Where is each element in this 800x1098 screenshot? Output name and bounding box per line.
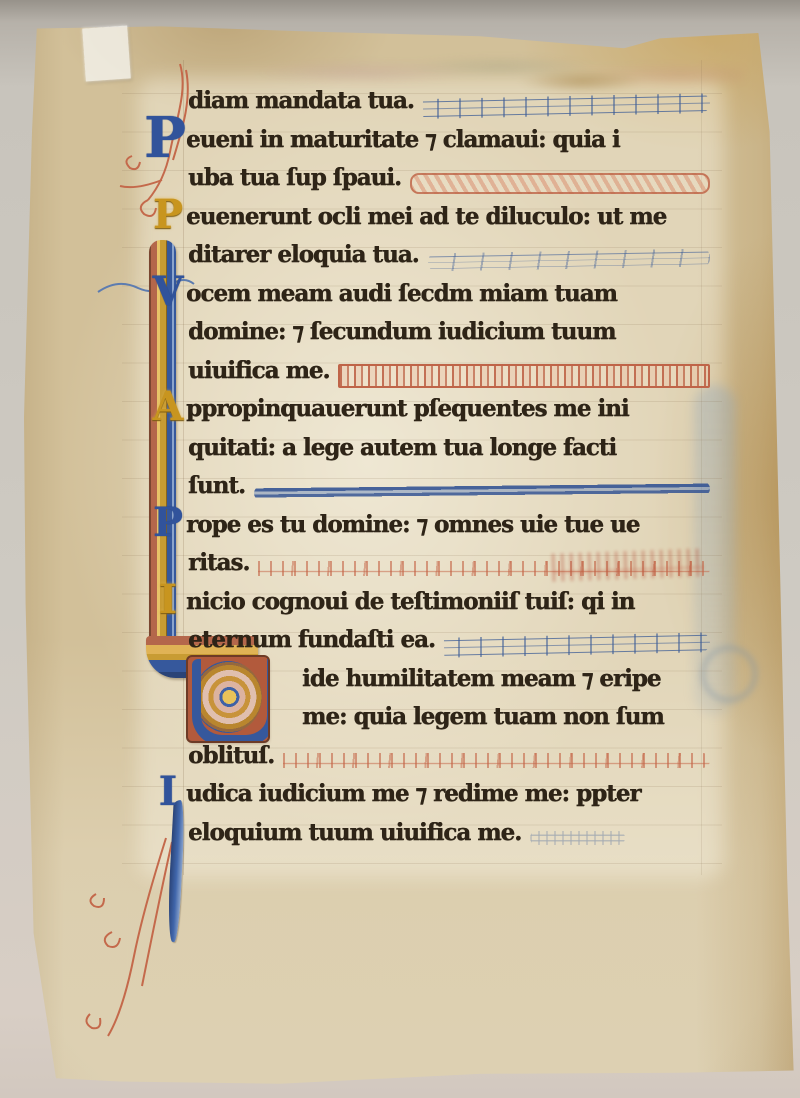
manuscript-leaf: U diam mandata tua.Peueni in maturitate …	[0, 0, 800, 1098]
leaf-edge-shading	[0, 0, 800, 1098]
photograph-background: U diam mandata tua.Peueni in maturitate …	[0, 0, 800, 1098]
sticker-label	[82, 25, 131, 81]
